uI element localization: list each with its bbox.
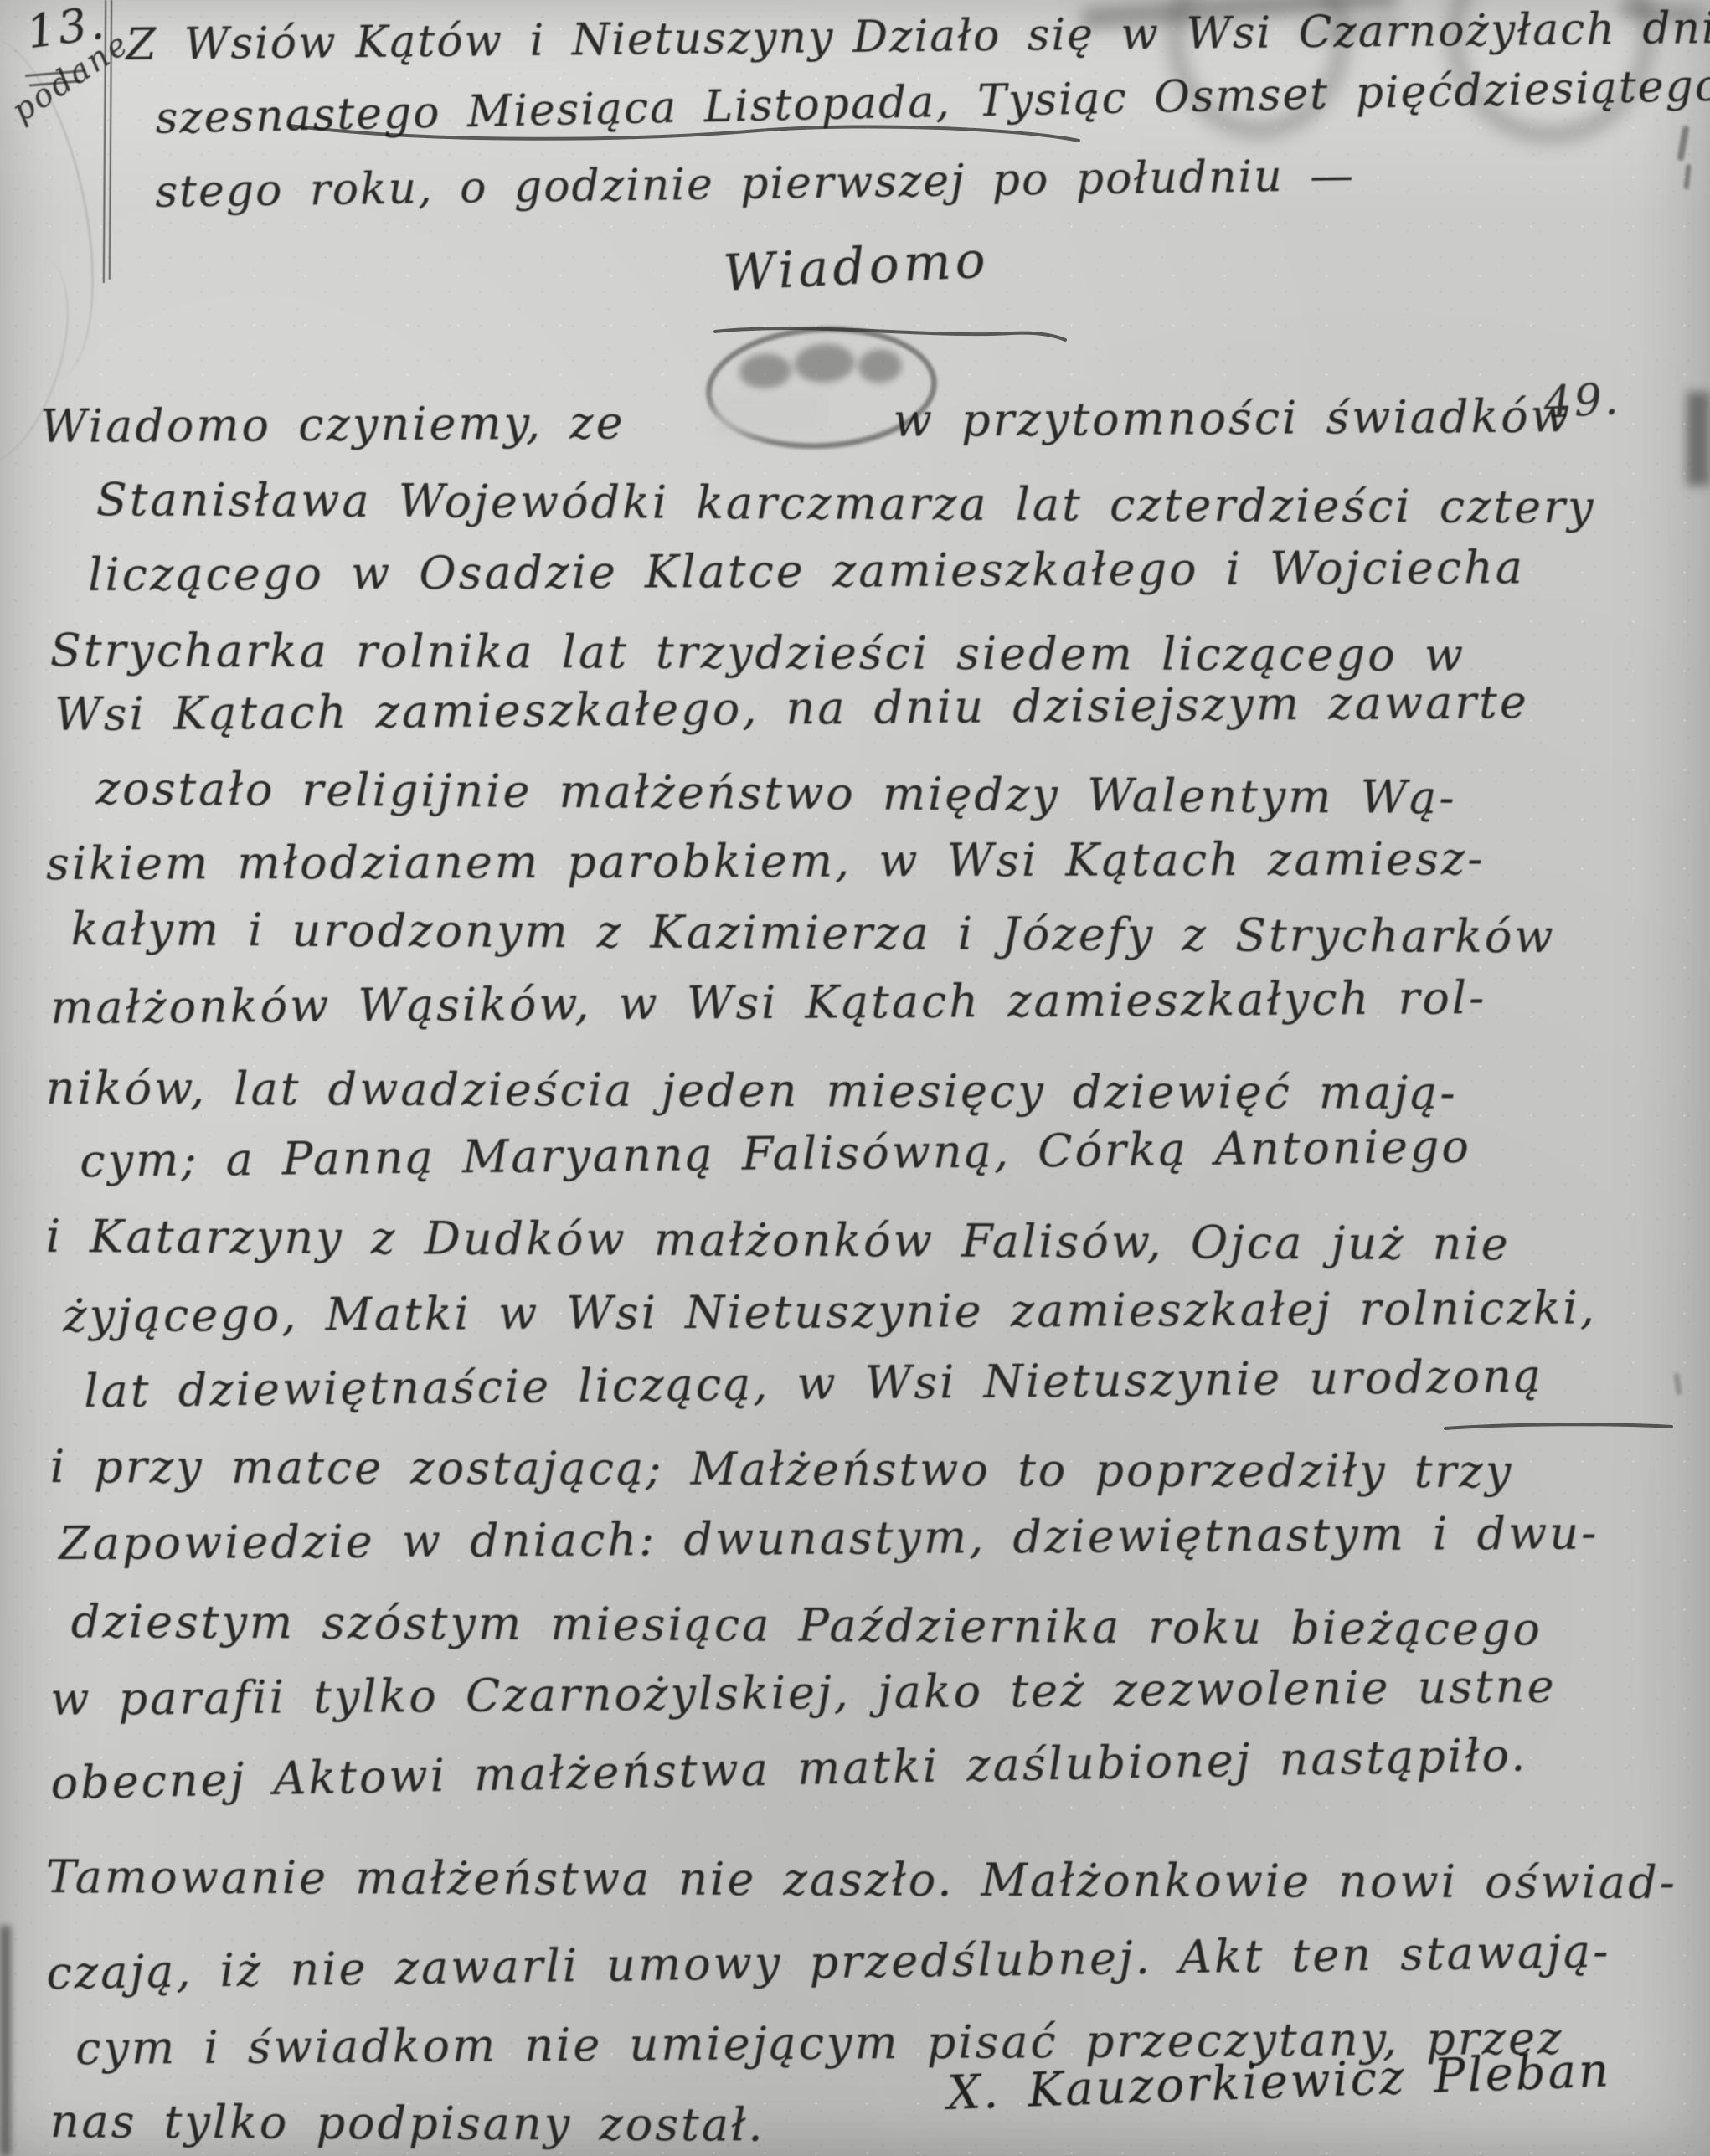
header-origin-pre: Z Wsiów <box>126 18 337 70</box>
handwritten-line: Stanisława Wojewódki karczmarza lat czte… <box>96 473 1596 533</box>
header-origin-villages: Kątów i Nietuszyny <box>355 13 834 68</box>
handwritten-line: Strycharka rolnika lat trzydzieści siede… <box>50 624 1465 682</box>
stray-ink-mark <box>1677 126 1689 162</box>
handwritten-line: sikiem młodzianem parobkiem, w Wsi Kątac… <box>46 832 1486 890</box>
handwritten-line: Tamowanie małżeństwa nie zaszło. Małżonk… <box>46 1850 1677 1909</box>
handwritten-line: lat dziewiętnaście liczącą, w Wsi Nietus… <box>84 1350 1543 1418</box>
stray-ink-mark <box>1673 1373 1682 1396</box>
scan-edge-shadow <box>0 1926 11 2156</box>
handwritten-line: Wsi Kątach zamieszkałego, na dniu dzisie… <box>54 676 1529 741</box>
handwritten-line: nas tylko podpisany został. <box>50 2095 765 2151</box>
handwritten-line: i Katarzyny z Dudków małżonków Falisów, … <box>46 1210 1511 1270</box>
handwritten-line: dziestym szóstym miesiąca Października r… <box>71 1595 1543 1655</box>
handwritten-line: małżonków Wąsików, w Wsi Kątach zamieszk… <box>50 971 1487 1034</box>
handwritten-segment: Wiadomo czyniemy, ze <box>40 396 626 453</box>
header-line-2: szesnastego Miesiąca Listopada, Tysiąc O… <box>155 59 1710 144</box>
stray-ink-mark <box>1683 164 1691 189</box>
handwritten-line: kałym i urodzonym z Kazimierza i Józefy … <box>71 903 1556 963</box>
handwritten-line: żyjącego, Matki w Wsi Nietuszynie zamies… <box>63 1281 1597 1342</box>
header-line-3: stego roku, o godzinie pierwszej po połu… <box>155 151 1356 218</box>
handwritten-line: w parafii tylko Czarnożylskiej, jako też… <box>50 1659 1557 1726</box>
handwritten-line: liczącego w Osadzie Klatce zamieszkałego… <box>88 541 1525 601</box>
handwritten-line: cym; a Panną Maryanną Falisówną, Córką A… <box>80 1120 1471 1187</box>
scan-edge-shadow <box>1687 392 1710 486</box>
handwritten-line: ników, lat dwadzieścia jeden miesięcy dz… <box>46 1062 1458 1119</box>
handwritten-line: i przy matce zostającą; Małżeństwo to po… <box>50 1440 1514 1498</box>
handwritten-line: obecnej Aktowi małżeństwa matki zaślubio… <box>50 1728 1528 1809</box>
word-underline-flourish <box>1442 1417 1677 1435</box>
handwritten-line: zostało religijnie małżeństwo między Wal… <box>96 762 1457 824</box>
handwritten-line: Wiadomo czyniemy, zew przytomności świad… <box>40 389 1572 453</box>
handwritten-line: Zapowiedzie w dniach: dwunastym, dziewię… <box>59 1506 1599 1570</box>
header-date-intro: Działo się w Wsi Czarnożyłach dnia <box>852 3 1710 63</box>
section-heading: Wiadomo <box>722 230 991 303</box>
scanned-document-page: 13. podane Z WsiówKątów i NietuszynyDzia… <box>0 0 1710 2156</box>
handwritten-line: czają, iż nie zawarli umowy przedślubnej… <box>46 1925 1611 1999</box>
stamp-gap <box>626 436 894 438</box>
handwritten-segment: w przytomności świadków <box>893 389 1572 447</box>
header-line-1: Z WsiówKątów i NietuszynyDziało się w Ws… <box>126 3 1710 70</box>
